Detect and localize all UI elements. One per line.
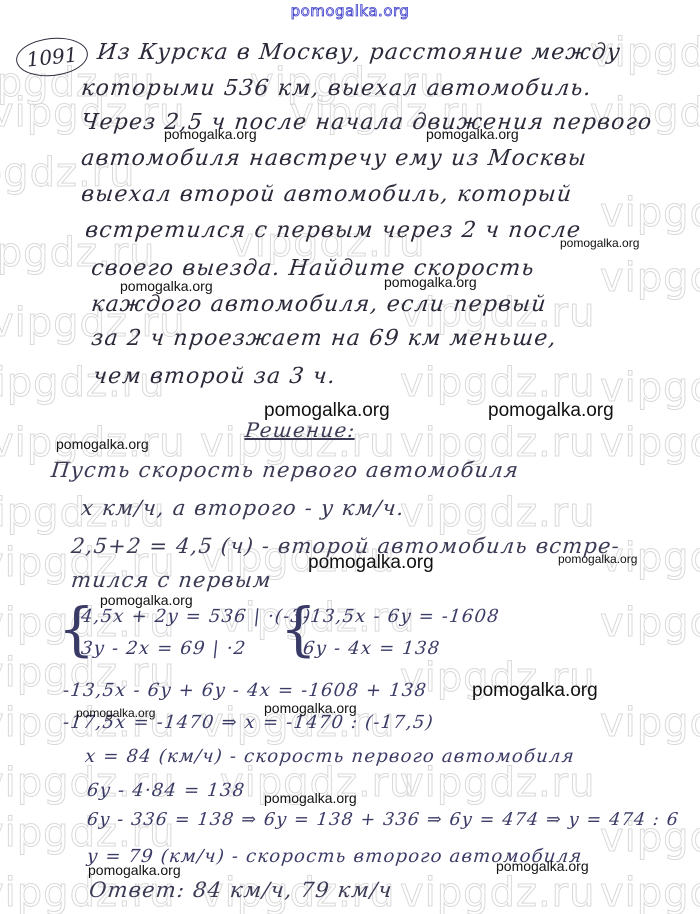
overlay-watermark: pomogalka.org [264,700,357,716]
system2-eq2: 6y - 4x = 138 [302,638,441,659]
overlay-watermark: pomogalka.org [88,862,181,878]
problem-number: 1091 [14,34,90,79]
overlay-watermark: pomogalka.org [496,858,589,874]
overlay-watermark: pomogalka.org [100,592,193,608]
bg-watermark: vipgdz.ru [600,190,700,236]
overlay-watermark: pomogalka.org [56,436,149,452]
overlay-watermark: pomogalka.org [472,680,598,702]
bg-watermark: vipgdz.ru [600,255,700,301]
bg-watermark: vipgdz.ru [600,870,700,914]
overlay-watermark: pomogalka.org [384,274,477,290]
bg-watermark: vipgdz.ru [600,420,700,466]
problem-line: встретился с первым через 2 ч после [84,218,582,243]
system2-eq1: -13,5x - 6y = -1608 [302,606,501,627]
bg-watermark: vipgdz.ru [600,365,700,411]
overlay-watermark: pomogalka.org [560,236,639,250]
bg-watermark: vipgdz.ru [400,870,595,914]
overlay-watermark: pomogalka.org [308,552,434,574]
answer: Ответ: 84 км/ч, 79 км/ч [88,878,394,902]
overlay-watermark: pomogalka.org [264,400,390,422]
overlay-watermark: pomogalka.org [120,278,213,294]
overlay-watermark: pomogalka.org [164,126,257,142]
problem-line: каждого автомобиля, если первый [90,292,548,317]
problem-line: чем второй за 3 ч. [92,364,337,389]
problem-line: за 2 ч проезжает на 69 км меньше, [90,326,558,351]
system1-eq2: 3y - 2x = 69 | ·2 [80,638,247,659]
problem-line: Из Курска в Москву, расстояние между [96,40,622,65]
system1-eq1: 4,5x + 2y = 536 | ·(-3) [80,606,312,627]
solution-step: 6y - 336 = 138 ⇒ 6y = 138 + 336 ⇒ 6y = 4… [86,810,680,830]
overlay-watermark: pomogalka.org [76,706,155,720]
overlay-watermark: pomogalka.org [426,126,519,142]
solution-step: x = 84 (км/ч) - скорость первого автомоб… [84,746,576,767]
bg-watermark: vipgdz.ru [600,700,700,746]
problem-line: выехал второй автомобиль, который [80,182,574,207]
solution-line: x км/ч, а второго - y км/ч. [80,496,406,520]
bg-watermark: vipgdz.ru [600,600,700,646]
overlay-watermark: pomogalka.org [558,552,637,566]
solution-step: 6y - 4·84 = 138 [86,780,246,801]
solution-line: тился с первым [70,568,273,592]
overlay-watermark: pomogalka.org [488,400,614,422]
problem-line: которыми 536 км, выехал автомобиль. [80,76,593,101]
homework-page: vipgdz.ru vipgdz.ru vipgdz.ru vipgdz.ru … [0,0,700,914]
overlay-watermark: pomogalka.org [264,790,357,806]
solution-step: -13,5x - 6y + 6y - 4x = -1608 + 138 [62,680,428,701]
solution-line: Пусть скорость первого автомобиля [50,458,520,482]
header-watermark: pomogalka.org [0,2,700,20]
problem-line: автомобиля навстречу ему из Москвы [80,146,588,171]
bg-watermark: vipgdz.ru [400,490,595,536]
